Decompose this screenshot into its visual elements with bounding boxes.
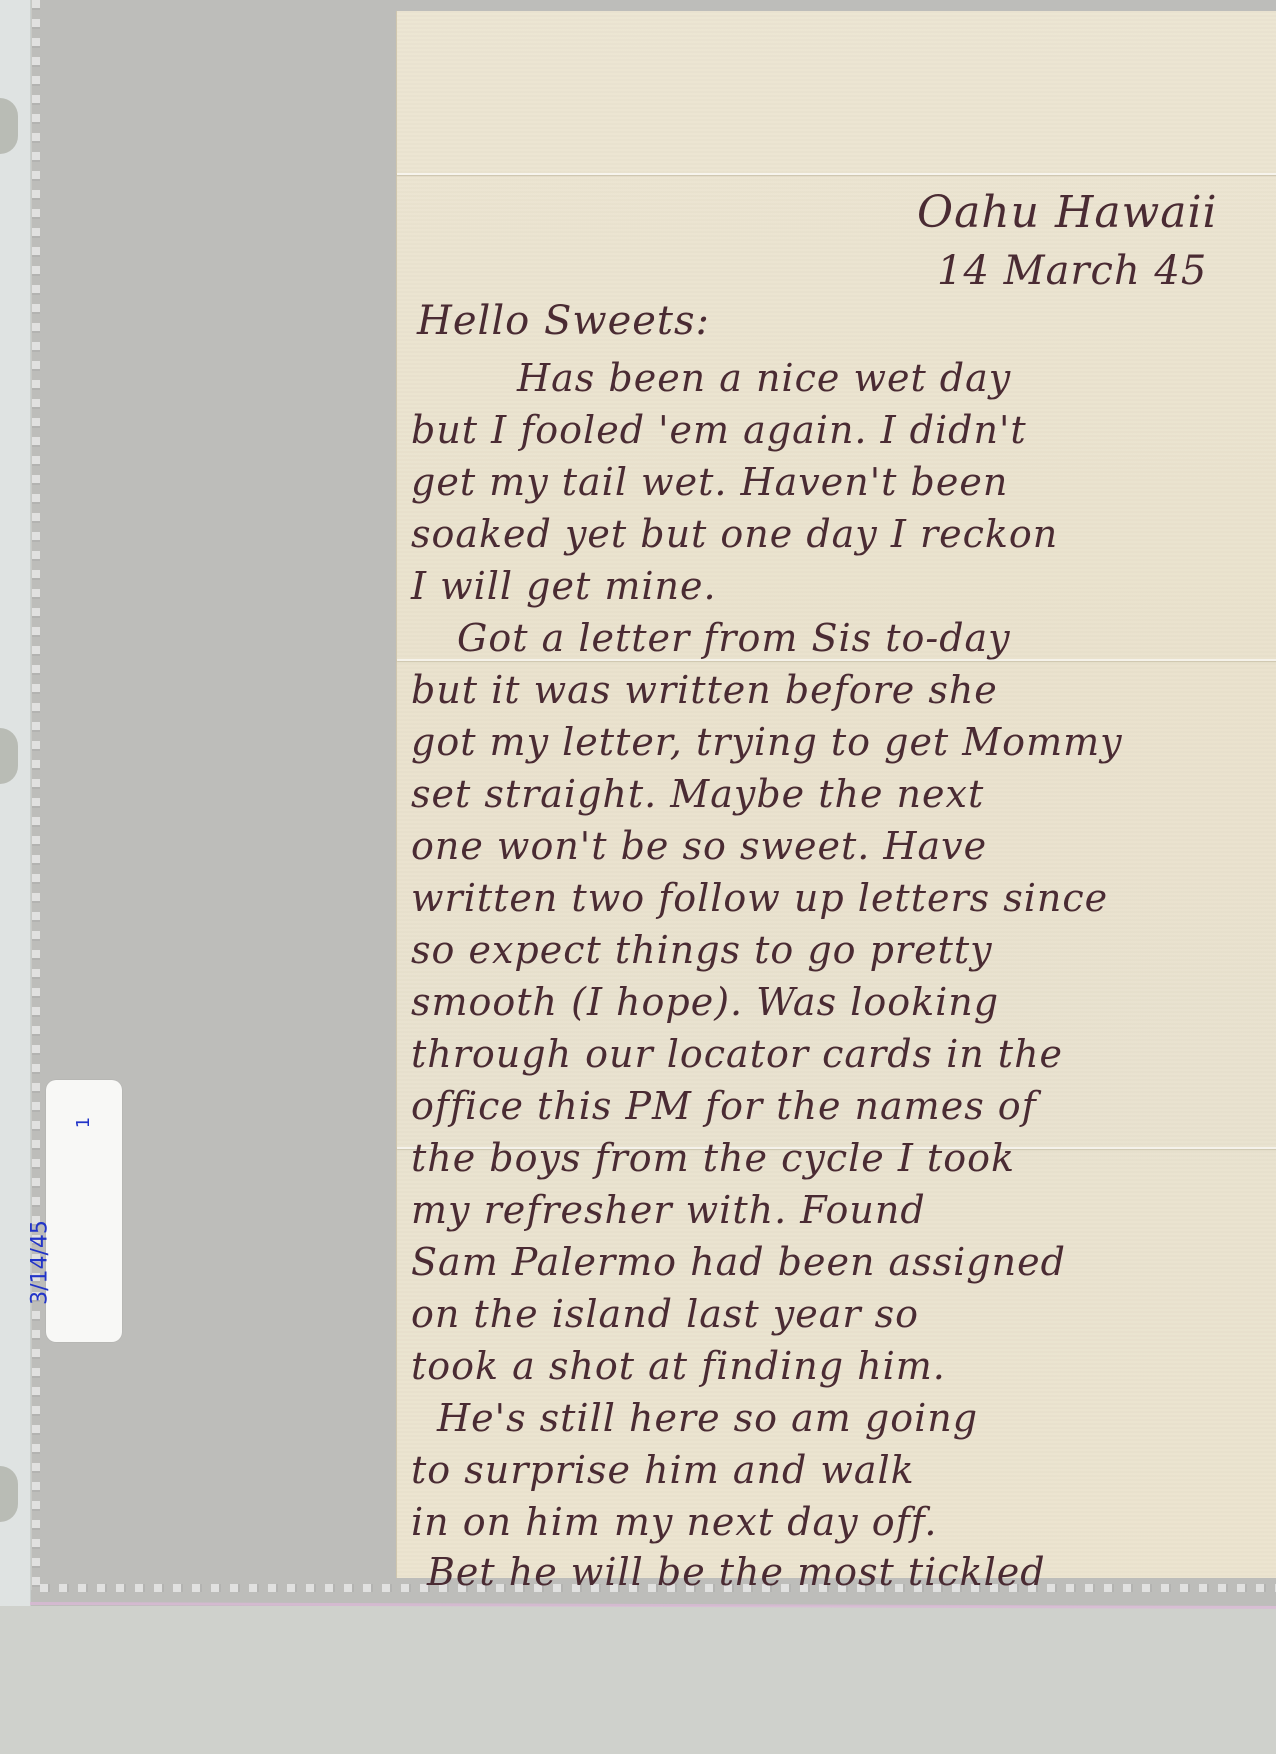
letter-date: 14 March 45	[937, 251, 1207, 291]
archival-sleeve: 3/14/45 1 Oahu Hawaii 14 March 45 Hello …	[0, 0, 1276, 1606]
paper-fold	[397, 173, 1276, 175]
letter-line: Sam Palermo had been assigned	[411, 1243, 1066, 1281]
letter-place: Oahu Hawaii	[917, 191, 1218, 235]
letter-line: soaked yet but one day I reckon	[411, 515, 1058, 553]
letter-line: I will get mine.	[411, 567, 717, 605]
label-date: 3/14/45	[28, 1215, 53, 1311]
sleeve-bottom-edge	[30, 1602, 1276, 1609]
letter-line: Got a letter from Sis to-day	[457, 619, 1011, 657]
letter-page: Oahu Hawaii 14 March 45 Hello Sweets: Ha…	[396, 11, 1276, 1578]
letter-line: got my letter, trying to get Mommy	[411, 723, 1123, 761]
letter-line: smooth (I hope). Was looking	[411, 983, 999, 1021]
letter-line: through our locator cards in the	[411, 1035, 1063, 1073]
letter-line: my refresher with. Found	[411, 1191, 926, 1229]
letter-line: on the island last year so	[411, 1295, 919, 1333]
letter-line: Bet he will be the most tickled	[427, 1553, 1046, 1591]
label-page-number: 1	[73, 1117, 94, 1128]
letter-line: Has been a nice wet day	[517, 359, 1011, 397]
letter-line: took a shot at finding him.	[411, 1347, 946, 1385]
letter-line: but I fooled 'em again. I didn't	[411, 411, 1027, 449]
binder-hole	[0, 98, 18, 154]
sleeve-seam-vertical	[31, 0, 40, 1590]
letter-line: He's still here so am going	[437, 1399, 978, 1437]
binder-hole	[0, 728, 18, 784]
binder-hole	[0, 1466, 18, 1522]
letter-line: to surprise him and walk	[411, 1451, 915, 1489]
letter-line: written two follow up letters since	[411, 879, 1108, 917]
binder-strip	[0, 0, 31, 1606]
letter-salutation: Hello Sweets:	[417, 301, 710, 341]
letter-line: in on him my next day off.	[411, 1503, 937, 1541]
letter-line: one won't be so sweet. Have	[411, 827, 987, 865]
letter-line: set straight. Maybe the next	[411, 775, 984, 813]
letter-line: so expect things to go pretty	[411, 931, 993, 969]
letter-line: office this PM for the names of	[411, 1087, 1037, 1125]
letter-line: but it was written before she	[411, 671, 998, 709]
letter-line: the boys from the cycle I took	[411, 1139, 1015, 1177]
letter-line: get my tail wet. Haven't been	[411, 463, 1008, 501]
